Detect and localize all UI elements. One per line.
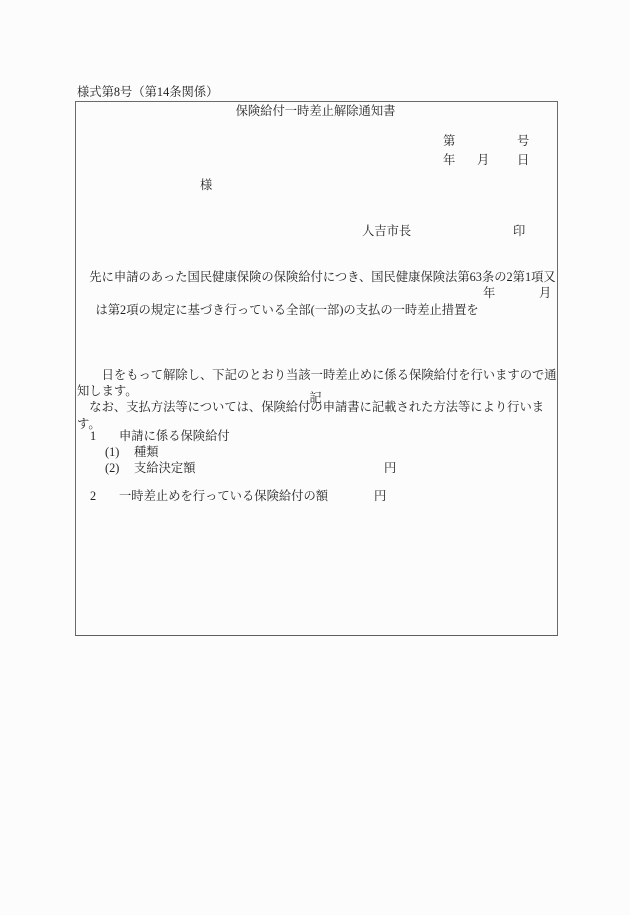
body-line: 日をもって解除し、下記のとおり当該一時差止めに係る保険給付を行いますので通 <box>77 367 559 383</box>
body-paragraph: 先に申請のあった国民健康保険の保険給付につき、国民健康保険法第63条の2第1項又… <box>77 269 559 432</box>
item-number: (2) <box>105 460 119 476</box>
document-title: 保険給付一時差止解除通知書 <box>75 103 556 119</box>
amount-unit-label: 円 <box>374 488 386 504</box>
body-line-text: は第2項の規定に基づき行っている全部(一部)の支払の一時差止措置を <box>95 303 478 317</box>
item-label: 申請に係る保険給付 <box>119 428 230 444</box>
date-month-label: 月 <box>477 152 489 168</box>
body-line: は第2項の規定に基づき行っている全部(一部)の支払の一時差止措置を 年 月 <box>77 285 559 366</box>
item-label: 支給決定額 <box>134 460 196 476</box>
date-day-label: 日 <box>517 152 529 168</box>
amount-unit-label: 円 <box>384 460 396 476</box>
issuer-name: 人吉市長 <box>362 223 411 239</box>
item-number: (1) <box>105 444 119 460</box>
item-label: 一時差止めを行っている保険給付の額 <box>119 488 328 504</box>
date-year-label: 年 <box>443 152 455 168</box>
doc-number-prefix-label: 第 <box>443 133 455 149</box>
doc-number-suffix-label: 号 <box>517 133 529 149</box>
document-page: 様式第8号（第14条関係） 保険給付一時差止解除通知書 第 号 年 月 日 様 … <box>0 0 630 915</box>
seal-mark: 印 <box>513 223 525 239</box>
addressee-honorific: 様 <box>200 177 212 193</box>
item-number: 1 <box>90 428 96 444</box>
blank-month-label: 月 <box>539 285 551 301</box>
body-line: 先に申請のあった国民健康保険の保険給付につき、国民健康保険法第63条の2第1項又 <box>77 269 559 285</box>
item-label: 種類 <box>134 444 159 460</box>
record-heading: 記 <box>75 390 556 406</box>
item-number: 2 <box>90 488 96 504</box>
form-number-label: 様式第8号（第14条関係） <box>77 84 218 100</box>
blank-year-label: 年 <box>483 285 495 301</box>
